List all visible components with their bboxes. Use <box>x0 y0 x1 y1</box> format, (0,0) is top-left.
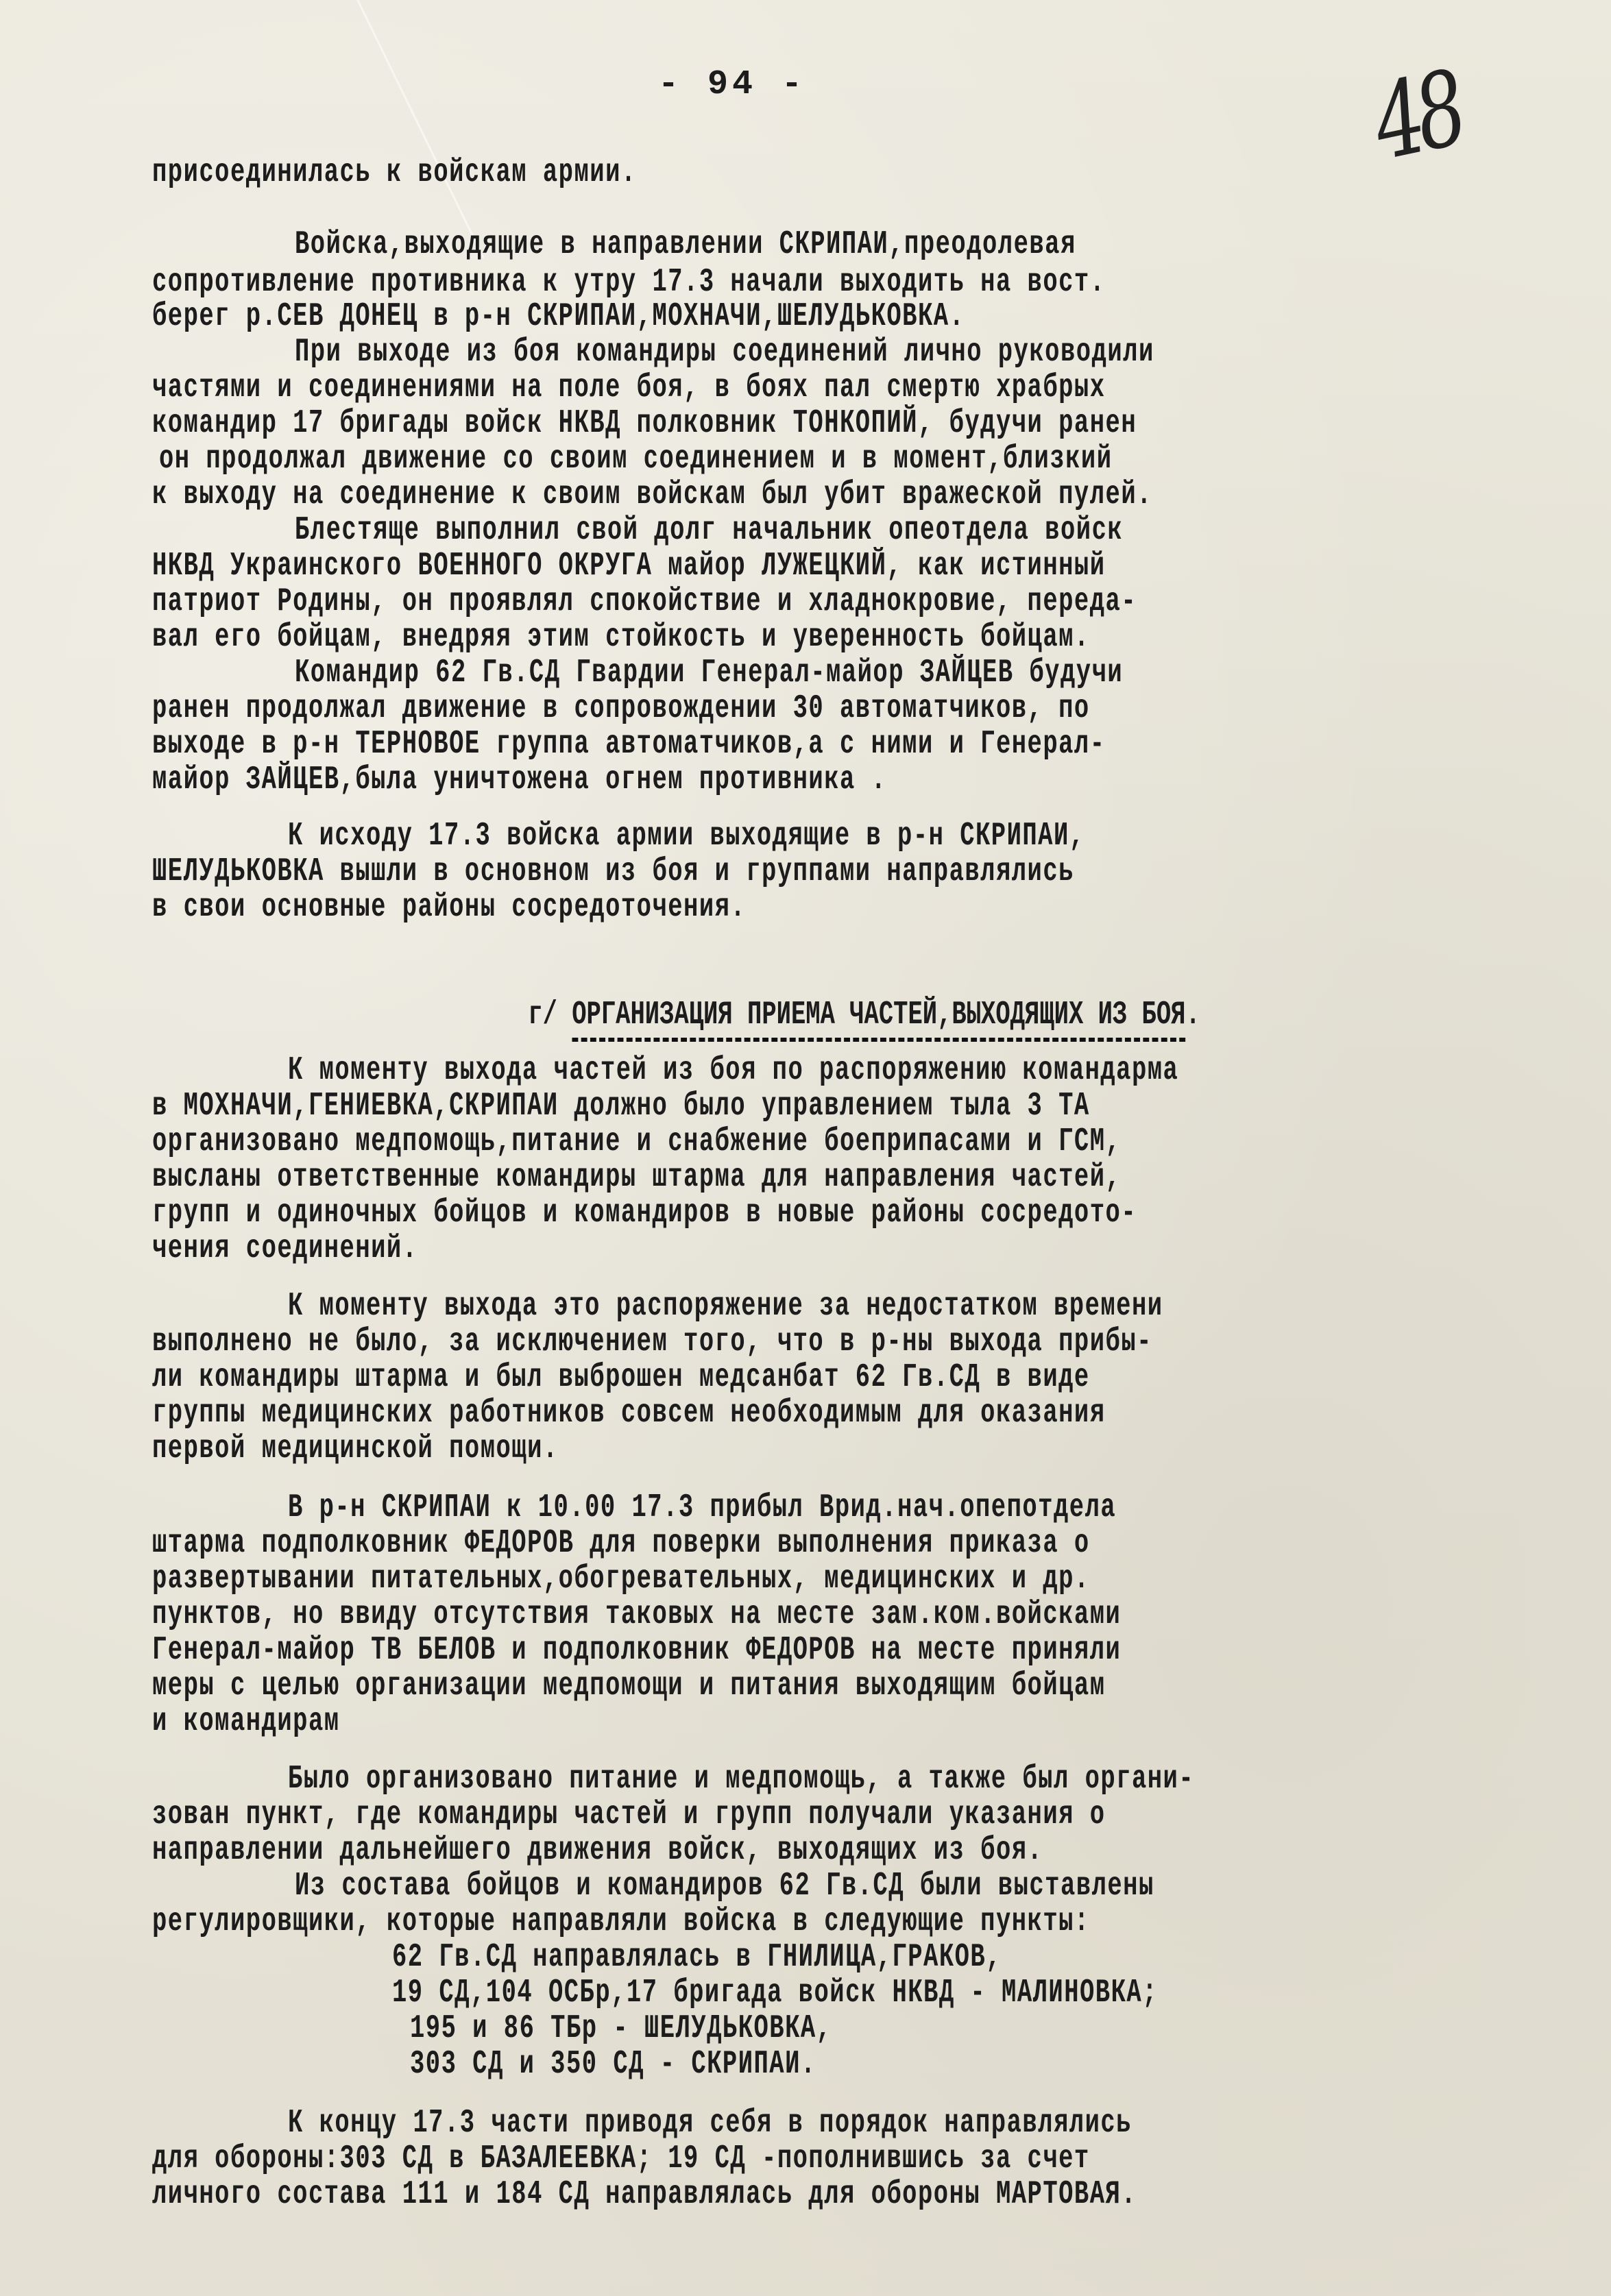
text-line: меры с целью организации медпомощи и пит… <box>152 1670 1106 1702</box>
text-line: к выходу на соединение к своим войскам б… <box>152 478 1152 511</box>
text-line: развертывании питательных,обогревательны… <box>152 1563 1090 1596</box>
text-line: штарма подполковник ФЕДОРОВ для поверки … <box>152 1527 1090 1560</box>
page-number: - 94 - <box>658 65 806 104</box>
text-line: майор ЗАЙЦЕВ,была уничтожена огнем проти… <box>152 764 886 796</box>
text-line: организовано медпомощь,питание и снабжен… <box>152 1125 1121 1158</box>
text-line: чения соединений. <box>152 1232 418 1265</box>
text-line: В р-н СКРИПАИ к 10.00 17.3 прибыл Врид.н… <box>288 1491 1116 1524</box>
text-line: личного состава 111 и 184 СД направлялас… <box>152 2178 1137 2211</box>
text-line: ШЕЛУДЬКОВКА вышли в основном из боя и гр… <box>152 855 1074 888</box>
text-line: Генерал-майор ТВ БЕЛОВ и подполковник ФЕ… <box>152 1634 1121 1667</box>
text-line: частями и соединениями на поле боя, в бо… <box>152 371 1106 404</box>
text-line: для обороны:303 СД в БАЗАЛЕЕВКА; 19 СД -… <box>152 2142 1090 2175</box>
handwritten-sheet-number: 48 <box>1365 58 1468 175</box>
section-heading-prefix: г/ <box>528 997 572 1034</box>
text-line: Блестяще выполнил свой долг начальник оп… <box>295 514 1123 547</box>
text-line: патриот Родины, он проявлял спокойствие … <box>152 585 1137 618</box>
text-line: К концу 17.3 части приводя себя в порядо… <box>288 2107 1132 2140</box>
text-line: в МОХНАЧИ,ГЕНИЕВКА,СКРИПАИ должно было у… <box>152 1090 1090 1123</box>
text-line: Командир 62 Гв.СД Гвардии Генерал-майор … <box>295 657 1123 689</box>
text-line: присоединилась к войскам армии. <box>152 156 637 189</box>
text-line: первой медицинской помощи. <box>152 1432 559 1465</box>
text-line: выходе в р-н ТЕРНОВОЕ группа автоматчико… <box>152 728 1106 761</box>
text-line: Из состава бойцов и командиров 62 Гв.СД … <box>295 1870 1154 1903</box>
text-line: берег р.СЕВ ДОНЕЦ в р-н СКРИПАИ,МОХНАЧИ,… <box>152 300 965 333</box>
paper-fold-crease <box>356 0 485 258</box>
text-line: в свои основные районы сосредоточения. <box>152 891 746 924</box>
text-line: он продолжал движение со своим соединени… <box>159 443 1113 476</box>
section-heading: г/ ОРГАНИЗАЦИЯ ПРИЕМА ЧАСТЕЙ,ВЫХОДЯЩИХ И… <box>470 960 1200 1071</box>
text-line: командир 17 бригады войск НКВД полковник… <box>152 407 1137 440</box>
text-line: регулировщики, которые направляли войска… <box>152 1905 1090 1938</box>
text-line: ли командиры штарма и был выброшен медса… <box>152 1361 1090 1394</box>
text-line: групп и одиночных бойцов и командиров в … <box>152 1197 1137 1230</box>
text-line: 195 и 86 ТБр - ШЕЛУДЬКОВКА, <box>410 2012 832 2045</box>
text-line: высланы ответственные командиры штарма д… <box>152 1161 1121 1194</box>
text-line: 303 СД и 350 СД - СКРИПАИ. <box>410 2048 816 2081</box>
text-line: направлении дальнейшего движения войск, … <box>152 1834 1043 1867</box>
typewritten-document-page: - 94 - 48 присоединилась к войскам армии… <box>0 0 1611 2296</box>
text-line: пунктов, но ввиду отсутствия таковых на … <box>152 1598 1121 1631</box>
text-line: и командирам <box>152 1705 340 1738</box>
text-line: При выходе из боя командиры соединений л… <box>295 336 1154 369</box>
text-line: Было организовано питание и медпомощь, а… <box>288 1763 1194 1796</box>
text-line: сопротивление противника к утру 17.3 нач… <box>152 266 1106 299</box>
section-heading-suffix: . <box>1185 997 1200 1034</box>
text-line: НКВД Украинского ВОЕННОГО ОКРУГА майор Л… <box>152 550 1106 583</box>
text-line: ранен продолжал движение в сопровождении… <box>152 692 1090 725</box>
text-line: 19 СД,104 ОСБр,17 бригада войск НКВД - М… <box>392 1977 1158 2010</box>
text-line: К моменту выхода это распоряжение за нед… <box>288 1290 1163 1323</box>
section-heading-title: ОРГАНИЗАЦИЯ ПРИЕМА ЧАСТЕЙ,ВЫХОДЯЩИХ ИЗ Б… <box>572 997 1185 1042</box>
text-line: зован пункт, где командиры частей и груп… <box>152 1798 1106 1831</box>
text-line: Войска,выходящие в направлении СКРИПАИ,п… <box>295 228 1076 261</box>
text-line: 62 Гв.СД направлялась в ГНИЛИЦА,ГРАКОВ, <box>392 1941 1002 1974</box>
text-line: К исходу 17.3 войска армии выходящие в р… <box>288 820 1085 853</box>
text-line: вал его бойцам, внедряя этим стойкость и… <box>152 621 1090 654</box>
text-line: группы медицинских работников совсем нео… <box>152 1397 1106 1430</box>
text-line: выполнено не было, за исключением того, … <box>152 1326 1152 1358</box>
